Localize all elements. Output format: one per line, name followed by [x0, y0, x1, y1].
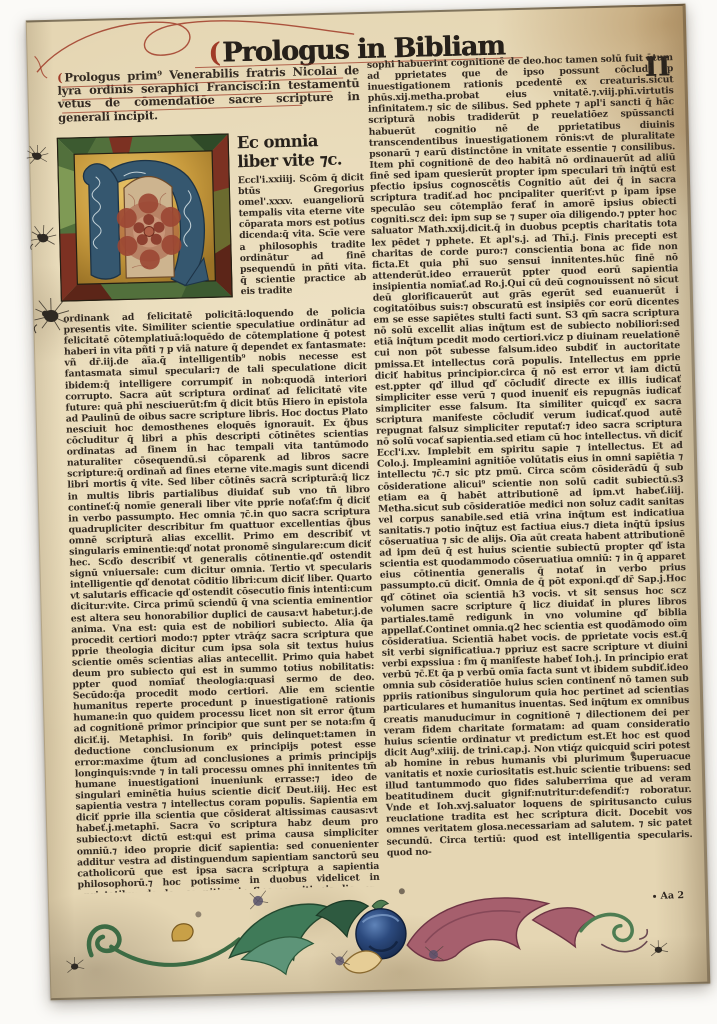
- paraph-mark: (: [57, 71, 63, 85]
- text-column-right: sophi habuerint cognitionē de deo.hoc ta…: [367, 52, 694, 908]
- incipit: (Prologus prim⁹ Venerabilis fratris Nico…: [57, 64, 360, 128]
- ink-spot: [630, 751, 635, 756]
- illuminated-initial: [57, 133, 233, 301]
- scanned-book-photo: { "page": { "header": { "paraph": "(", "…: [0, 0, 717, 1024]
- left-column-body: ordinank ad felicitatē policitā:loquendo…: [63, 306, 380, 893]
- opening-words: Ec omnia liber vite ⁊c.: [237, 130, 364, 171]
- photo-background: (Prologus in Bibliam II (Prologus prim⁹ …: [0, 0, 717, 1024]
- ink-splat: [29, 224, 58, 253]
- ink-spot: [297, 870, 301, 874]
- ink-splat: [33, 298, 70, 335]
- book-page: (Prologus in Bibliam II (Prologus prim⁹ …: [26, 4, 711, 1000]
- floral-border: [80, 877, 657, 996]
- paraph-mark: (: [208, 38, 221, 69]
- right-column-body: sophi habuerint cognitionē de deo.hoc ta…: [367, 52, 694, 897]
- initial-block: Ec omnia liber vite ⁊c. Eccl'i.xxiiij. S…: [59, 130, 365, 306]
- text-beside-initial: Eccl'i.xxiiij. Scōm q̄ dicit btūs Gregor…: [238, 172, 367, 299]
- text-column-left: (Prologus prim⁹ Venerabilis fratris Nico…: [57, 64, 380, 893]
- ink-splat: [25, 144, 50, 169]
- quire-signature-text: Aa 2: [660, 890, 684, 902]
